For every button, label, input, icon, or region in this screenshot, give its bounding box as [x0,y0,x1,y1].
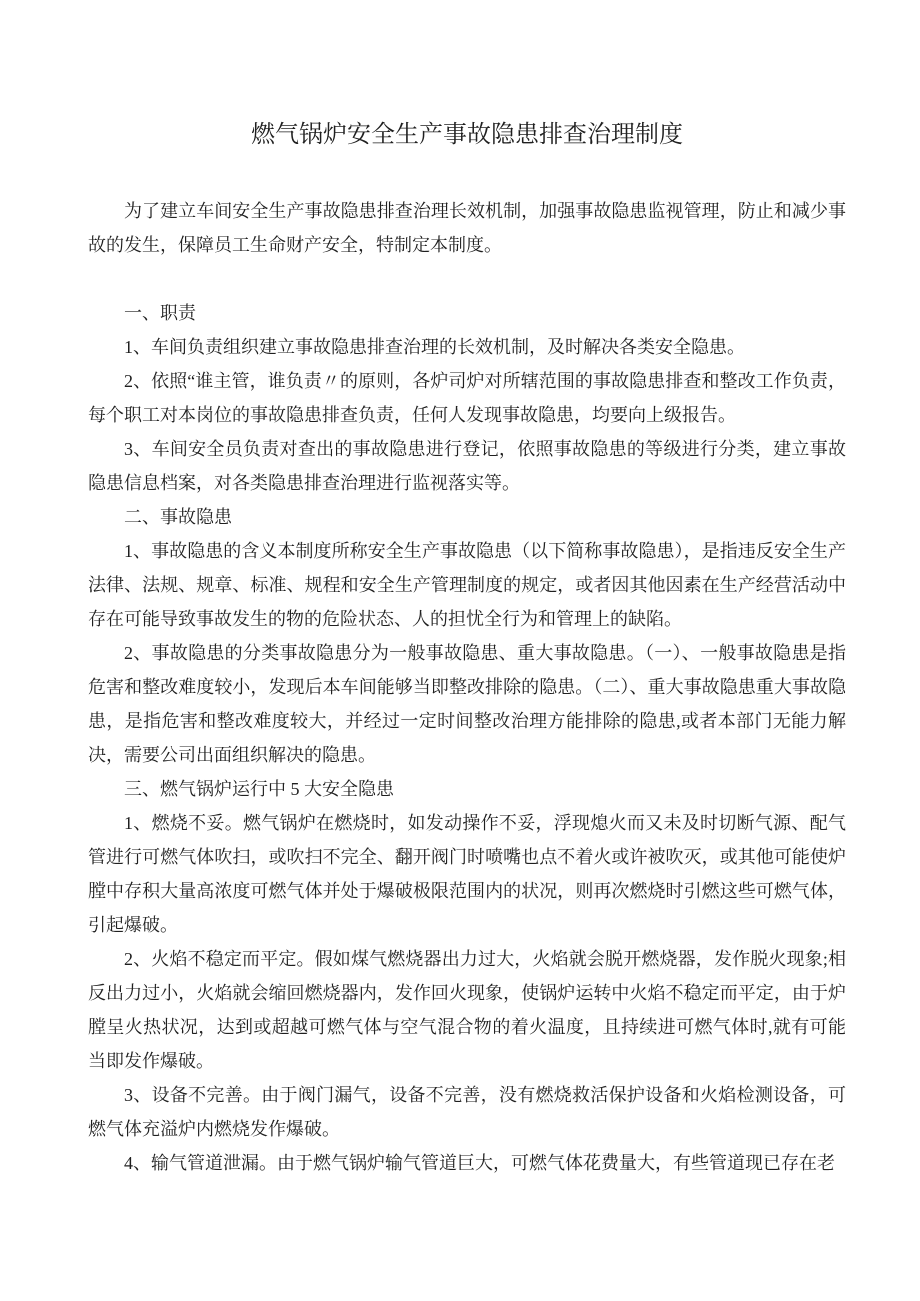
paragraph-s2-item-2: 2、事故隐患的分类事故隐患分为一般事故隐患、重大事故隐患。（一）、一般事故隐患是… [88,636,846,772]
paragraph-s1-item-3: 3、车间安全员负责对查出的事故隐患进行登记，依照事故隐患的等级进行分类，建立事故… [88,432,846,500]
heading-section-1-duties: 一、职责 [88,296,846,330]
paragraph-s1-item-2: 2、依照“谁主管，谁负责〃的原则，各炉司炉对所辖范围的事故隐患排查和整改工作负责… [88,364,846,432]
paragraph-s3-item-1: 1、燃烧不妥。燃气锅炉在燃烧时，如发动操作不妥，浮现熄火而又未及时切断气源、配气… [88,806,846,942]
paragraph-s2-item-1: 1、事故隐患的含义本制度所称安全生产事故隐患（以下简称事故隐患），是指违反安全生… [88,534,846,636]
paragraph-intro: 为了建立车间安全生产事故隐患排查治理长效机制，加强事故隐患监视管理，防止和减少事… [88,194,846,262]
paragraph-s3-item-3: 3、设备不完善。由于阀门漏气，设备不完善，没有燃烧救活保护设备和火焰检测设备，可… [88,1078,846,1146]
heading-section-3-boiler-risks: 三、燃气锅炉运行中 5 大安全隐患 [88,772,846,806]
document-page: 燃气锅炉安全生产事故隐患排查治理制度 为了建立车间安全生产事故隐患排查治理长效机… [0,0,920,1301]
paragraph-s3-item-2: 2、火焰不稳定而平定。假如煤气燃烧器出力过大，火焰就会脱开燃烧器，发作脱火现象;… [88,942,846,1078]
document-title: 燃气锅炉安全生产事故隐患排查治理制度 [88,114,846,156]
heading-section-2-hidden-dangers: 二、事故隐患 [88,500,846,534]
paragraph-s1-item-1: 1、车间负责组织建立事故隐患排查治理的长效机制，及时解决各类安全隐患。 [88,330,846,364]
paragraph-s3-item-4: 4、输气管道泄漏。由于燃气锅炉输气管道巨大，可燃气体花费量大，有些管道现已存在老 [88,1146,846,1180]
